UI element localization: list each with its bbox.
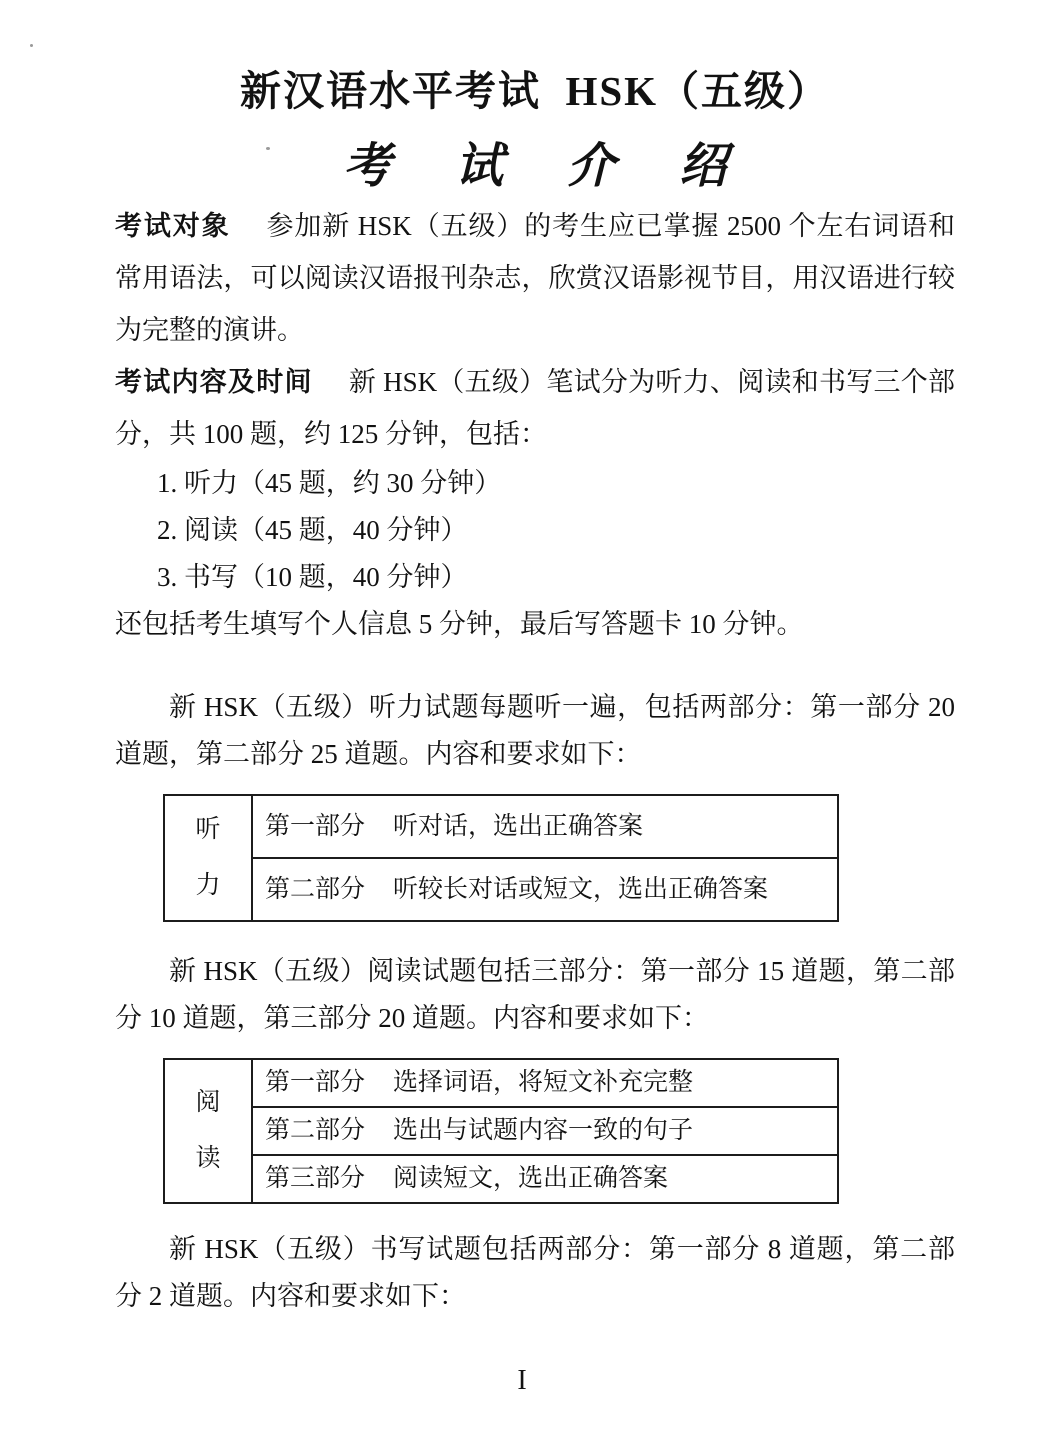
scan-artifact: [266, 147, 270, 150]
reading-table: 阅读 第一部分选择词语，将短文补充完整 第二部分选出与试题内容一致的句子 第三部…: [163, 1058, 839, 1204]
part-name: 第二部分: [265, 1117, 365, 1144]
page-title: 新汉语水平考试 HSK（五级）: [115, 62, 955, 120]
paragraph-after-list: 还包括考生填写个人信息 5 分钟，最后写答题卡 10 分钟。: [115, 601, 955, 648]
section-label-content-time: 考试内容及时间: [115, 367, 313, 397]
reading-row-3-cell: 第三部分阅读短文，选出正确答案: [252, 1155, 838, 1203]
part-name: 第一部分: [265, 1069, 365, 1096]
page-number: I: [0, 1365, 1045, 1397]
table-row: 听力 第一部分听对话，选出正确答案: [164, 795, 838, 858]
part-desc: 听对话，选出正确答案: [393, 813, 643, 840]
reading-skill-cell: 阅读: [164, 1059, 252, 1203]
paragraph-content-time: 考试内容及时间新 HSK（五级）笔试分为听力、阅读和书写三个部分，共 100 题…: [115, 356, 955, 460]
table-row: 第三部分阅读短文，选出正确答案: [164, 1155, 838, 1203]
table-row: 第二部分听较长对话或短文，选出正确答案: [164, 858, 838, 921]
paragraph-listening-intro: 新 HSK（五级）听力试题每题听一遍，包括两部分：第一部分 20 道题，第二部分…: [115, 684, 955, 778]
page-subtitle: 考 试 介 绍: [115, 134, 955, 200]
reading-row-2-cell: 第二部分选出与试题内容一致的句子: [252, 1107, 838, 1155]
table-row: 阅读 第一部分选择词语，将短文补充完整: [164, 1059, 838, 1107]
listening-skill-label: 听力: [194, 802, 223, 914]
page-content: 新汉语水平考试 HSK（五级） 考 试 介 绍 考试对象参加新 HSK（五级）的…: [0, 0, 1045, 1320]
paragraph-writing-intro: 新 HSK（五级）书写试题包括两部分：第一部分 8 道题，第二部分 2 道题。内…: [115, 1226, 955, 1320]
section-label-audience: 考试对象: [115, 211, 231, 241]
exam-parts-list: 1. 听力（45 题，约 30 分钟） 2. 阅读（45 题，40 分钟） 3.…: [115, 460, 955, 601]
listening-row-2-cell: 第二部分听较长对话或短文，选出正确答案: [252, 858, 838, 921]
paragraph-audience: 考试对象参加新 HSK（五级）的考生应已掌握 2500 个左右词语和常用语法，可…: [115, 200, 955, 356]
reading-row-1-cell: 第一部分选择词语，将短文补充完整: [252, 1059, 838, 1107]
section-text-audience: 参加新 HSK（五级）的考生应已掌握 2500 个左右词语和常用语法，可以阅读汉…: [115, 211, 955, 345]
part-desc: 选出与试题内容一致的句子: [393, 1117, 693, 1144]
part-desc: 选择词语，将短文补充完整: [393, 1069, 693, 1096]
paragraph-reading-intro: 新 HSK（五级）阅读试题包括三部分：第一部分 15 道题，第二部分 10 道题…: [115, 948, 955, 1042]
reading-skill-label: 阅读: [194, 1075, 223, 1187]
part-name: 第三部分: [265, 1165, 365, 1192]
listening-row-1-cell: 第一部分听对话，选出正确答案: [252, 795, 838, 858]
list-item-reading: 2. 阅读（45 题，40 分钟）: [115, 507, 955, 554]
list-item-writing: 3. 书写（10 题，40 分钟）: [115, 554, 955, 601]
part-desc: 听较长对话或短文，选出正确答案: [393, 876, 768, 903]
list-item-listening: 1. 听力（45 题，约 30 分钟）: [115, 460, 955, 507]
part-name: 第一部分: [265, 813, 365, 840]
part-desc: 阅读短文，选出正确答案: [393, 1165, 668, 1192]
listening-skill-cell: 听力: [164, 795, 252, 921]
table-row: 第二部分选出与试题内容一致的句子: [164, 1107, 838, 1155]
listening-table: 听力 第一部分听对话，选出正确答案 第二部分听较长对话或短文，选出正确答案: [163, 794, 839, 922]
scan-artifact: [30, 44, 33, 47]
part-name: 第二部分: [265, 876, 365, 903]
document-page: 新汉语水平考试 HSK（五级） 考 试 介 绍 考试对象参加新 HSK（五级）的…: [0, 0, 1045, 1449]
